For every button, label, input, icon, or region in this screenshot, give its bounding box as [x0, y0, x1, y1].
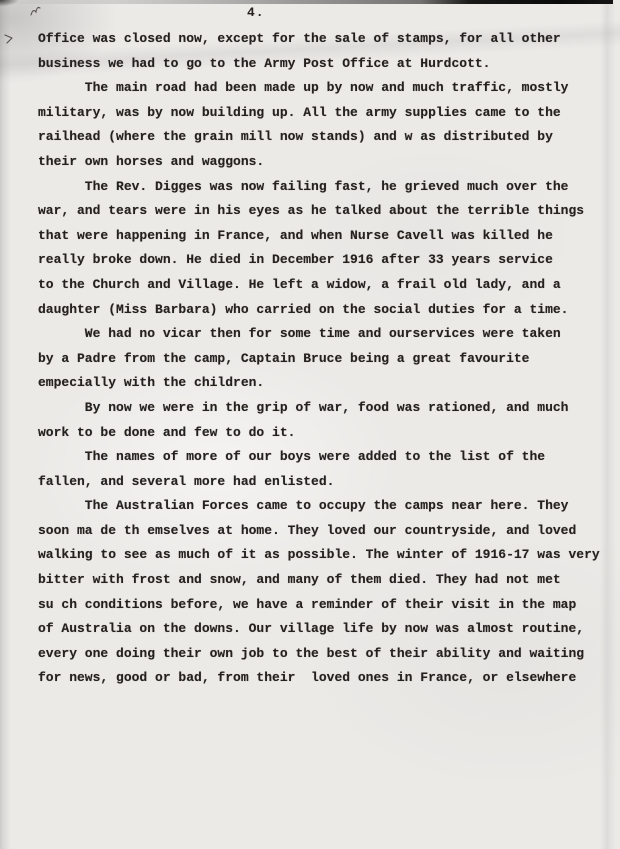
scan-edge-top — [0, 0, 613, 4]
text-line: The Australian Forces came to occupy the… — [38, 494, 606, 519]
pencil-squiggle-icon — [27, 3, 43, 24]
text-line: war, and tears were in his eyes as he ta… — [38, 199, 606, 224]
scan-corner-top-left — [0, 0, 30, 12]
text-line: The Rev. Digges was now failing fast, he… — [38, 175, 606, 200]
text-line: daughter (Miss Barbara) who carried on t… — [38, 298, 606, 323]
text-line: walking to see as much of it as possible… — [38, 543, 606, 568]
text-line: The main road had been made up by now an… — [38, 76, 606, 101]
text-line: to the Church and Village. He left a wid… — [38, 273, 606, 298]
text-line: The names of more of our boys were added… — [38, 445, 606, 470]
text-line: military, was by now building up. All th… — [38, 101, 606, 126]
pencil-arrow-icon — [3, 32, 15, 51]
text-line: of Australia on the downs. Our village l… — [38, 617, 606, 642]
text-line: work to be done and few to do it. — [38, 421, 606, 446]
text-line: We had no vicar then for some time and o… — [38, 322, 606, 347]
text-line: By now we were in the grip of war, food … — [38, 396, 606, 421]
text-line: that were happening in France, and when … — [38, 224, 606, 249]
page-number: 4. — [247, 5, 265, 20]
text-line: business we had to go to the Army Post O… — [38, 52, 606, 77]
text-line: bitter with frost and snow, and many of … — [38, 568, 606, 593]
text-line: really broke down. He died in December 1… — [38, 248, 606, 273]
text-line: every one doing their own job to the bes… — [38, 642, 606, 667]
text-line: for news, good or bad, from their loved … — [38, 666, 606, 691]
text-line: Office was closed now, except for the sa… — [38, 27, 606, 52]
text-line: railhead (where the grain mill now stand… — [38, 125, 606, 150]
document-body: Office was closed now, except for the sa… — [38, 27, 606, 691]
text-line: by a Padre from the camp, Captain Bruce … — [38, 347, 606, 372]
text-line: their own horses and waggons. — [38, 150, 606, 175]
text-line: empecially with the children. — [38, 371, 606, 396]
document-page: 4. Office was closed now, except for the… — [0, 0, 620, 849]
text-line: su ch conditions before, we have a remin… — [38, 593, 606, 618]
text-line: fallen, and several more had enlisted. — [38, 470, 606, 495]
text-line: soon ma de th emselves at home. They lov… — [38, 519, 606, 544]
